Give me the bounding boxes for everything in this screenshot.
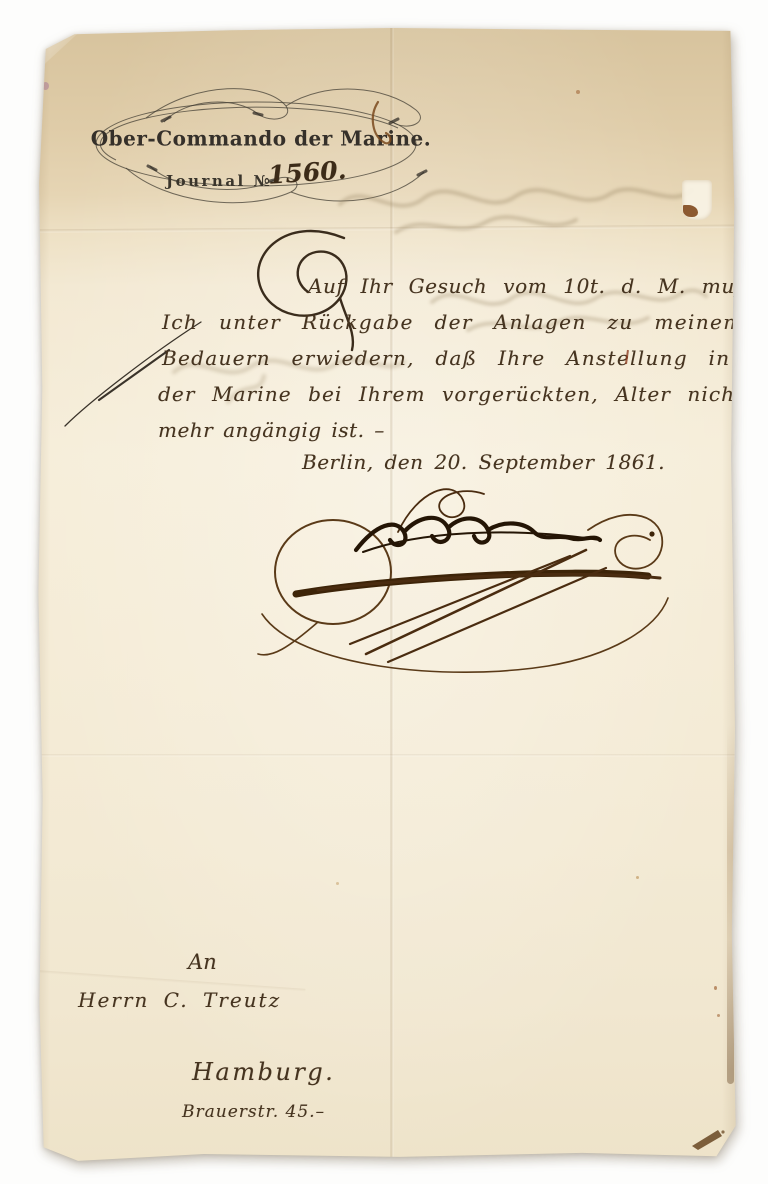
letter-line-3: Bedauern erwiedern, daß Ihre Anstellung …	[162, 346, 730, 370]
address-salutation: An	[188, 950, 217, 975]
letter-line-5: mehr angängig ist. –	[158, 418, 385, 442]
foxing-speck	[336, 882, 339, 885]
dog-ear-corner	[36, 24, 88, 72]
foxing-speck	[576, 90, 580, 94]
signature-flourish	[248, 472, 678, 672]
right-edge-stain	[727, 724, 734, 1084]
letter-line-2: Ich unter Rückgabe der Anlagen zu meinem	[162, 310, 744, 334]
foxing-speck	[714, 986, 717, 990]
document-paper: Ober-Commando der Marine. Journal № 1560…	[36, 24, 736, 1162]
letter-line-1: Auf Ihr Gesuch vom 10t. d. M. muß	[308, 274, 749, 298]
address-recipient: Herrn C. Treutz	[78, 988, 281, 1012]
ink-hook-mark	[366, 98, 394, 150]
purple-mark	[42, 82, 49, 90]
tab-remnant-stain	[682, 180, 712, 220]
address-city: Hamburg.	[192, 1058, 335, 1087]
journal-label: Journal №	[166, 172, 272, 190]
letter-dateline: Berlin, den 20. September 1861.	[302, 450, 665, 474]
fold-crease-middle	[36, 754, 736, 757]
tab-stain-blotch	[683, 205, 698, 217]
show-through-writing	[336, 170, 696, 244]
paper-shadow-wrap: Ober-Commando der Marine. Journal № 1560…	[36, 24, 736, 1162]
letter-line-4: der Marine bei Ihrem vorgerückten, Alter…	[158, 382, 744, 406]
foxing-speck	[717, 1014, 720, 1017]
foxing-speck	[636, 876, 639, 879]
photo-backdrop: Ober-Commando der Marine. Journal № 1560…	[0, 0, 768, 1184]
corner-stain	[690, 1124, 726, 1152]
address-street: Brauerstr. 45.–	[182, 1102, 325, 1122]
